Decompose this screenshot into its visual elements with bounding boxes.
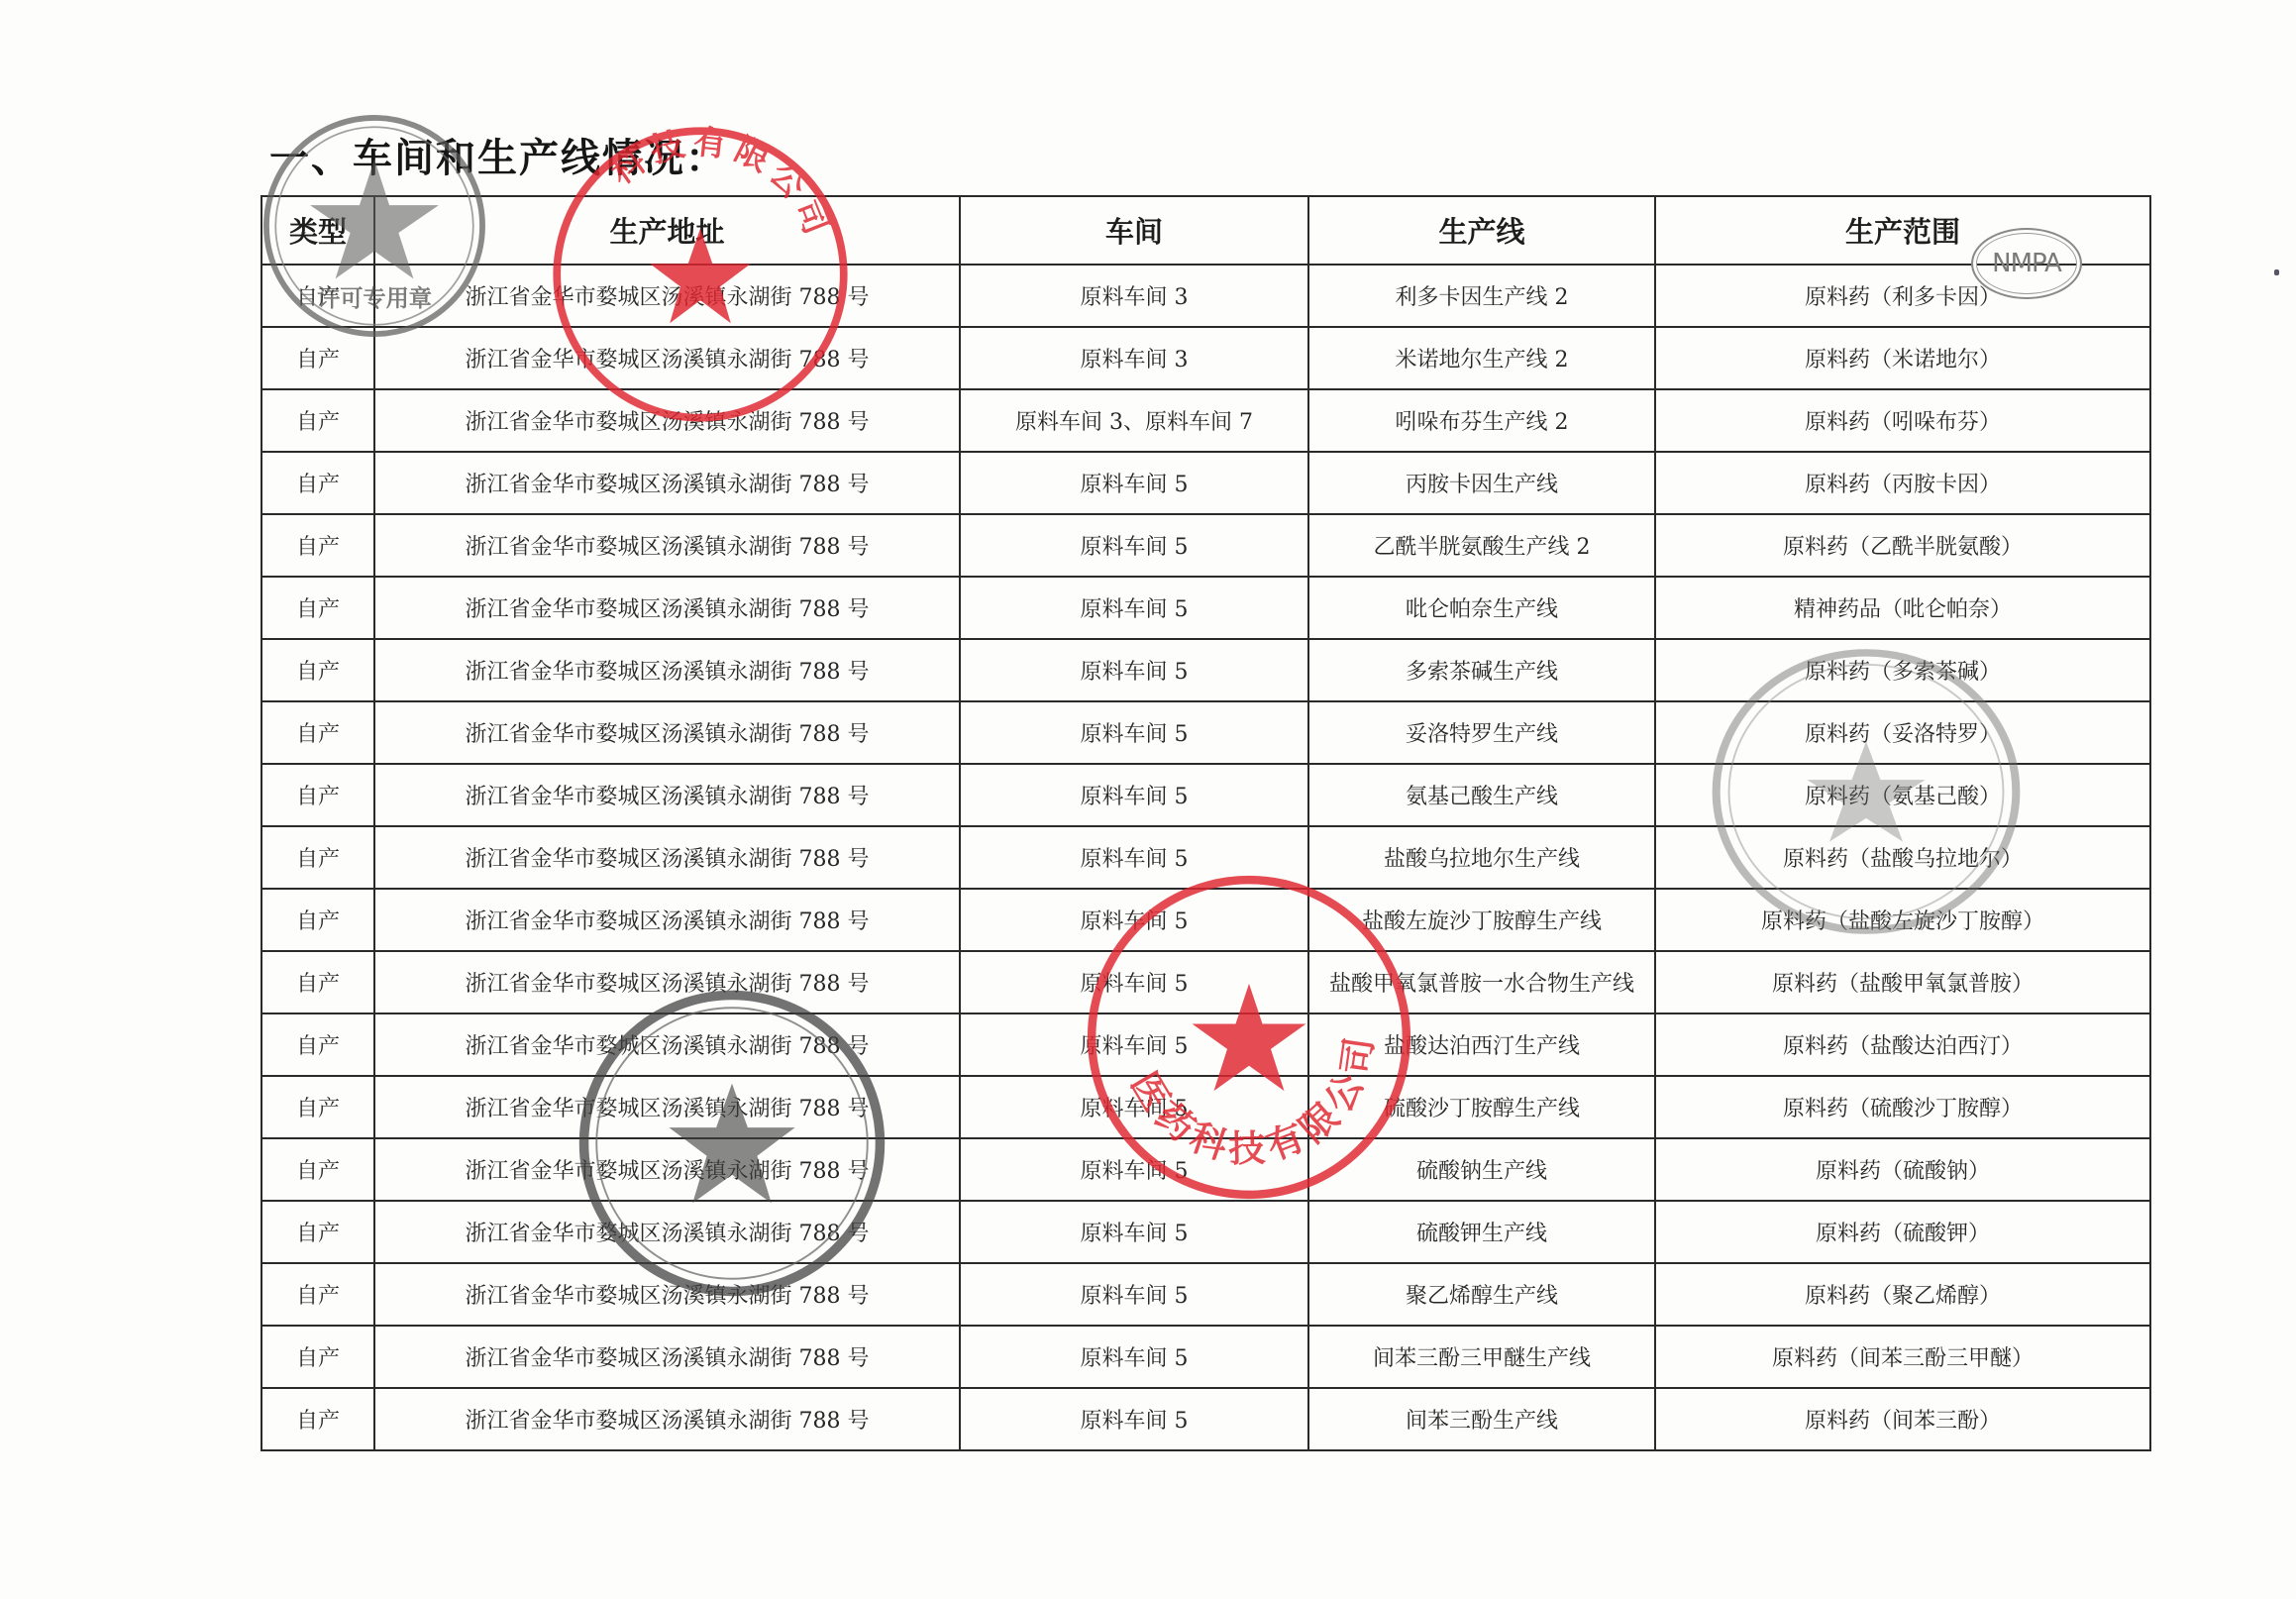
- scope-cell: 原料药（盐酸乌拉地尔）: [1655, 826, 2150, 889]
- address-cell: 浙江省金华市婺城区汤溪镇永湖街 788 号: [374, 577, 960, 639]
- line-cell: 吡仑帕奈生产线: [1308, 577, 1655, 639]
- table-row: 自产浙江省金华市婺城区汤溪镇永湖街 788 号原料车间 5聚乙烯醇生产线原料药（…: [261, 1263, 2150, 1326]
- type-cell: 自产: [261, 1263, 374, 1326]
- table-row: 自产浙江省金华市婺城区汤溪镇永湖街 788 号原料车间 5间苯三酚三甲醚生产线原…: [261, 1326, 2150, 1388]
- type-cell: 自产: [261, 1201, 374, 1263]
- workshop-cell: 原料车间 3: [960, 327, 1308, 389]
- scope-cell: 原料药（盐酸达泊西汀）: [1655, 1013, 2150, 1076]
- table-row: 自产浙江省金华市婺城区汤溪镇永湖街 788 号原料车间 5氨基己酸生产线原料药（…: [261, 764, 2150, 826]
- workshop-cell: 原料车间 5: [960, 951, 1308, 1013]
- table-row: 自产浙江省金华市婺城区汤溪镇永湖街 788 号原料车间 5硫酸钾生产线原料药（硫…: [261, 1201, 2150, 1263]
- line-cell: 吲哚布芬生产线 2: [1308, 389, 1655, 452]
- type-cell: 自产: [261, 1388, 374, 1450]
- section-title: 一、车间和生产线情况：: [269, 127, 727, 183]
- scope-cell: 原料药（间苯三酚三甲醚）: [1655, 1326, 2150, 1388]
- table-row: 自产浙江省金华市婺城区汤溪镇永湖街 788 号原料车间 5硫酸钠生产线原料药（硫…: [261, 1138, 2150, 1201]
- type-cell: 自产: [261, 389, 374, 452]
- workshop-cell: 原料车间 5: [960, 764, 1308, 826]
- scope-cell: 原料药（多索茶碱）: [1655, 639, 2150, 701]
- line-cell: 氨基己酸生产线: [1308, 764, 1655, 826]
- type-cell: 自产: [261, 951, 374, 1013]
- header-address: 生产地址: [374, 196, 960, 265]
- type-cell: 自产: [261, 1326, 374, 1388]
- type-cell: 自产: [261, 764, 374, 826]
- workshop-cell: 原料车间 5: [960, 1263, 1308, 1326]
- type-cell: 自产: [261, 265, 374, 327]
- address-cell: 浙江省金华市婺城区汤溪镇永湖街 788 号: [374, 639, 960, 701]
- address-cell: 浙江省金华市婺城区汤溪镇永湖街 788 号: [374, 1076, 960, 1138]
- type-cell: 自产: [261, 327, 374, 389]
- line-cell: 妥洛特罗生产线: [1308, 701, 1655, 764]
- line-cell: 间苯三酚三甲醚生产线: [1308, 1326, 1655, 1388]
- address-cell: 浙江省金华市婺城区汤溪镇永湖街 788 号: [374, 327, 960, 389]
- header-workshop: 车间: [960, 196, 1308, 265]
- line-cell: 间苯三酚生产线: [1308, 1388, 1655, 1450]
- type-cell: 自产: [261, 1138, 374, 1201]
- workshop-cell: 原料车间 5: [960, 1388, 1308, 1450]
- workshop-cell: 原料车间 5: [960, 1326, 1308, 1388]
- table-row: 自产浙江省金华市婺城区汤溪镇永湖街 788 号原料车间 5吡仑帕奈生产线精神药品…: [261, 577, 2150, 639]
- line-cell: 硫酸钠生产线: [1308, 1138, 1655, 1201]
- type-cell: 自产: [261, 1013, 374, 1076]
- type-cell: 自产: [261, 889, 374, 951]
- workshop-cell: 原料车间 5: [960, 577, 1308, 639]
- table-row: 自产浙江省金华市婺城区汤溪镇永湖街 788 号原料车间 5盐酸达泊西汀生产线原料…: [261, 1013, 2150, 1076]
- address-cell: 浙江省金华市婺城区汤溪镇永湖街 788 号: [374, 826, 960, 889]
- scope-cell: 原料药（聚乙烯醇）: [1655, 1263, 2150, 1326]
- type-cell: 自产: [261, 701, 374, 764]
- address-cell: 浙江省金华市婺城区汤溪镇永湖街 788 号: [374, 514, 960, 577]
- line-cell: 盐酸乌拉地尔生产线: [1308, 826, 1655, 889]
- table-row: 自产浙江省金华市婺城区汤溪镇永湖街 788 号原料车间 5间苯三酚生产线原料药（…: [261, 1388, 2150, 1450]
- line-cell: 乙酰半胱氨酸生产线 2: [1308, 514, 1655, 577]
- scope-cell: 原料药（盐酸甲氧氯普胺）: [1655, 951, 2150, 1013]
- table-row: 自产浙江省金华市婺城区汤溪镇永湖街 788 号原料车间 5乙酰半胱氨酸生产线 2…: [261, 514, 2150, 577]
- workshop-cell: 原料车间 5: [960, 1138, 1308, 1201]
- scope-cell: 原料药（妥洛特罗）: [1655, 701, 2150, 764]
- workshop-cell: 原料车间 5: [960, 889, 1308, 951]
- scope-cell: 原料药（丙胺卡因）: [1655, 452, 2150, 514]
- line-cell: 多索茶碱生产线: [1308, 639, 1655, 701]
- table-row: 自产浙江省金华市婺城区汤溪镇永湖街 788 号原料车间 5硫酸沙丁胺醇生产线原料…: [261, 1076, 2150, 1138]
- workshop-cell: 原料车间 3、原料车间 7: [960, 389, 1308, 452]
- address-cell: 浙江省金华市婺城区汤溪镇永湖街 788 号: [374, 1201, 960, 1263]
- scope-cell: 原料药（间苯三酚）: [1655, 1388, 2150, 1450]
- line-cell: 利多卡因生产线 2: [1308, 265, 1655, 327]
- address-cell: 浙江省金华市婺城区汤溪镇永湖街 788 号: [374, 1326, 960, 1388]
- scope-cell: 原料药（硫酸沙丁胺醇）: [1655, 1076, 2150, 1138]
- nmpa-mark: NMPA: [1971, 228, 2082, 299]
- scope-cell: 原料药（乙酰半胱氨酸）: [1655, 514, 2150, 577]
- workshop-cell: 原料车间 5: [960, 514, 1308, 577]
- address-cell: 浙江省金华市婺城区汤溪镇永湖街 788 号: [374, 389, 960, 452]
- workshop-cell: 原料车间 5: [960, 1201, 1308, 1263]
- scope-cell: 原料药（硫酸钠）: [1655, 1138, 2150, 1201]
- address-cell: 浙江省金华市婺城区汤溪镇永湖街 788 号: [374, 452, 960, 514]
- workshop-cell: 原料车间 5: [960, 1013, 1308, 1076]
- scan-speck: [2274, 269, 2279, 275]
- table-row: 自产浙江省金华市婺城区汤溪镇永湖街 788 号原料车间 3利多卡因生产线 2原料…: [261, 265, 2150, 327]
- type-cell: 自产: [261, 452, 374, 514]
- scope-cell: 原料药（盐酸左旋沙丁胺醇）: [1655, 889, 2150, 951]
- production-lines-table: 类型 生产地址 车间 生产线 生产范围 自产浙江省金华市婺城区汤溪镇永湖街 78…: [261, 195, 2151, 1451]
- line-cell: 盐酸甲氧氯普胺一水合物生产线: [1308, 951, 1655, 1013]
- address-cell: 浙江省金华市婺城区汤溪镇永湖街 788 号: [374, 764, 960, 826]
- scope-cell: 原料药（米诺地尔）: [1655, 327, 2150, 389]
- table-row: 自产浙江省金华市婺城区汤溪镇永湖街 788 号原料车间 3米诺地尔生产线 2原料…: [261, 327, 2150, 389]
- table-header-row: 类型 生产地址 车间 生产线 生产范围: [261, 196, 2150, 265]
- workshop-cell: 原料车间 3: [960, 265, 1308, 327]
- line-cell: 硫酸沙丁胺醇生产线: [1308, 1076, 1655, 1138]
- address-cell: 浙江省金华市婺城区汤溪镇永湖街 788 号: [374, 265, 960, 327]
- scope-cell: 原料药（硫酸钾）: [1655, 1201, 2150, 1263]
- scope-cell: 原料药（吲哚布芬）: [1655, 389, 2150, 452]
- type-cell: 自产: [261, 639, 374, 701]
- table-row: 自产浙江省金华市婺城区汤溪镇永湖街 788 号原料车间 5盐酸甲氧氯普胺一水合物…: [261, 951, 2150, 1013]
- workshop-cell: 原料车间 5: [960, 701, 1308, 764]
- line-cell: 硫酸钾生产线: [1308, 1201, 1655, 1263]
- line-cell: 米诺地尔生产线 2: [1308, 327, 1655, 389]
- address-cell: 浙江省金华市婺城区汤溪镇永湖街 788 号: [374, 1388, 960, 1450]
- workshop-cell: 原料车间 5: [960, 452, 1308, 514]
- workshop-cell: 原料车间 5: [960, 639, 1308, 701]
- address-cell: 浙江省金华市婺城区汤溪镇永湖街 788 号: [374, 951, 960, 1013]
- address-cell: 浙江省金华市婺城区汤溪镇永湖街 788 号: [374, 1263, 960, 1326]
- address-cell: 浙江省金华市婺城区汤溪镇永湖街 788 号: [374, 889, 960, 951]
- scope-cell: 精神药品（吡仑帕奈）: [1655, 577, 2150, 639]
- table-row: 自产浙江省金华市婺城区汤溪镇永湖街 788 号原料车间 5多索茶碱生产线原料药（…: [261, 639, 2150, 701]
- line-cell: 聚乙烯醇生产线: [1308, 1263, 1655, 1326]
- header-line: 生产线: [1308, 196, 1655, 265]
- type-cell: 自产: [261, 577, 374, 639]
- scope-cell: 原料药（氨基己酸）: [1655, 764, 2150, 826]
- address-cell: 浙江省金华市婺城区汤溪镇永湖街 788 号: [374, 1013, 960, 1076]
- table-row: 自产浙江省金华市婺城区汤溪镇永湖街 788 号原料车间 5妥洛特罗生产线原料药（…: [261, 701, 2150, 764]
- line-cell: 丙胺卡因生产线: [1308, 452, 1655, 514]
- workshop-cell: 原料车间 5: [960, 1076, 1308, 1138]
- address-cell: 浙江省金华市婺城区汤溪镇永湖街 788 号: [374, 701, 960, 764]
- table-row: 自产浙江省金华市婺城区汤溪镇永湖街 788 号原料车间 5盐酸乌拉地尔生产线原料…: [261, 826, 2150, 889]
- workshop-cell: 原料车间 5: [960, 826, 1308, 889]
- header-type: 类型: [261, 196, 374, 265]
- address-cell: 浙江省金华市婺城区汤溪镇永湖街 788 号: [374, 1138, 960, 1201]
- line-cell: 盐酸左旋沙丁胺醇生产线: [1308, 889, 1655, 951]
- line-cell: 盐酸达泊西汀生产线: [1308, 1013, 1655, 1076]
- table-row: 自产浙江省金华市婺城区汤溪镇永湖街 788 号原料车间 5丙胺卡因生产线原料药（…: [261, 452, 2150, 514]
- type-cell: 自产: [261, 826, 374, 889]
- type-cell: 自产: [261, 514, 374, 577]
- table-row: 自产浙江省金华市婺城区汤溪镇永湖街 788 号原料车间 3、原料车间 7吲哚布芬…: [261, 389, 2150, 452]
- type-cell: 自产: [261, 1076, 374, 1138]
- table-row: 自产浙江省金华市婺城区汤溪镇永湖街 788 号原料车间 5盐酸左旋沙丁胺醇生产线…: [261, 889, 2150, 951]
